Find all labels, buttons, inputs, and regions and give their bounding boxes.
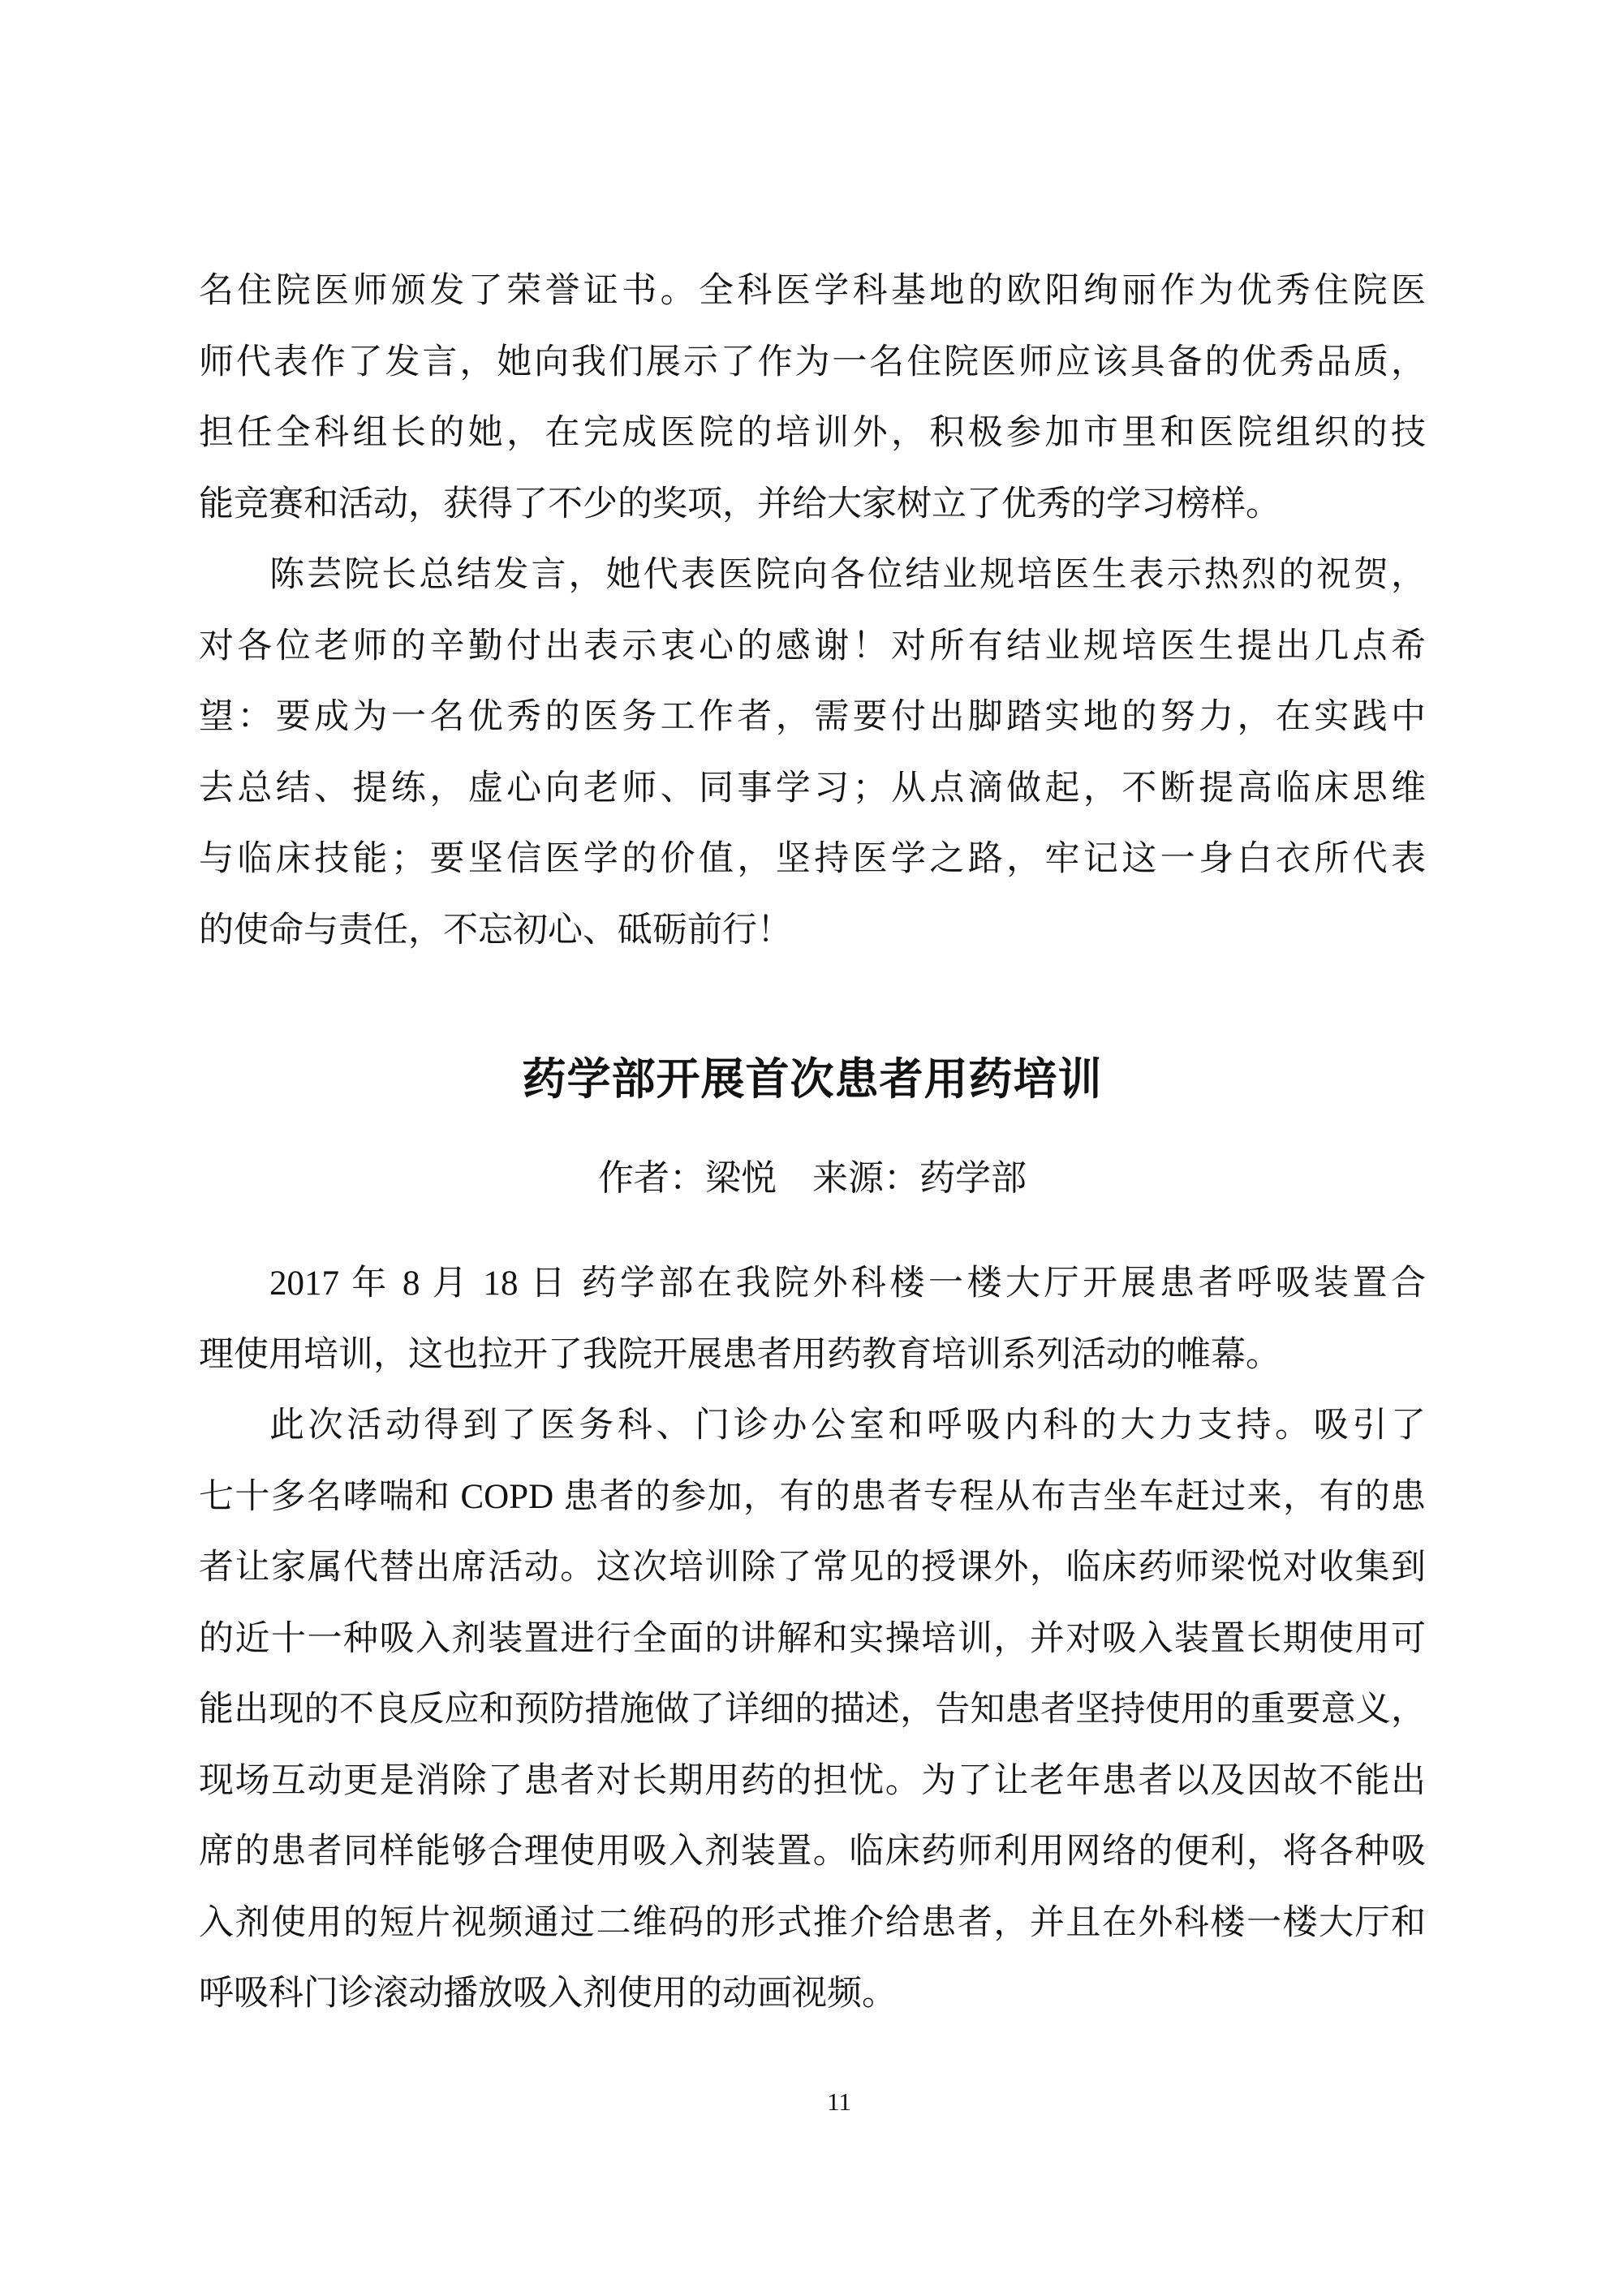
article-byline: 作者：梁悦 来源：药学部 (199, 1143, 1426, 1214)
paragraph-president-speech: 陈芸院长总结发言，她代表医院向各位结业规培医生表示热烈的祝贺， 对各位老师的辛勤… (199, 540, 1426, 966)
body-line: 与临床技能；要坚信医学的价值，坚持医学之路，牢记这一身白衣所代表 (199, 824, 1426, 895)
paragraph-training-details: 此次活动得到了医务科、门诊办公室和呼吸内科的大力支持。吸引了 七十多名哮喘和 C… (199, 1390, 1426, 2030)
paragraph-training-launch: 2017 年 8 月 18 日 药学部在我院外科楼一楼大厅开展患者呼吸装置合 理… (199, 1248, 1426, 1390)
body-line: 的近十一种吸入剂装置进行全面的讲解和实操培训，并对吸入装置长期使用可 (199, 1604, 1426, 1675)
body-line: 能竞赛和活动，获得了不少的奖项，并给大家树立了优秀的学习榜样。 (199, 469, 1426, 541)
body-line: 七十多名哮喘和 COPD 患者的参加，有的患者专程从布吉坐车赶过来，有的患 (199, 1462, 1426, 1533)
body-line: 者让家属代替出席活动。这次培训除了常见的授课外，临床药师梁悦对收集到 (199, 1532, 1426, 1604)
body-line: 望：要成为一名优秀的医务工作者，需要付出脚踏实地的努力，在实践中 (199, 682, 1426, 753)
paragraph-resident-ceremony: 名住院医师颁发了荣誉证书。全科医学科基地的欧阳绚丽作为优秀住院医 师代表作了发言… (199, 256, 1426, 540)
page-body: 名住院医师颁发了荣誉证书。全科医学科基地的欧阳绚丽作为优秀住院医 师代表作了发言… (199, 256, 1426, 2030)
body-line: 入剂使用的短片视频通过二维码的形式推介给患者，并且在外科楼一楼大厅和 (199, 1888, 1426, 1959)
body-line: 此次活动得到了医务科、门诊办公室和呼吸内科的大力支持。吸引了 (199, 1390, 1426, 1462)
body-line: 对各位老师的辛勤付出表示衷心的感谢！对所有结业规培医生提出几点希 (199, 611, 1426, 683)
body-line: 担任全科组长的她，在完成医院的培训外，积极参加市里和医院组织的技 (199, 398, 1426, 469)
body-line: 呼吸科门诊滚动播放吸入剂使用的动画视频。 (199, 1958, 1426, 2030)
body-line: 理使用培训，这也拉开了我院开展患者用药教育培训系列活动的帷幕。 (199, 1320, 1426, 1391)
body-line: 陈芸院长总结发言，她代表医院向各位结业规培医生表示热烈的祝贺， (199, 540, 1426, 611)
body-line: 能出现的不良反应和预防措施做了详细的描述，告知患者坚持使用的重要意义， (199, 1674, 1426, 1746)
body-line: 的使命与责任，不忘初心、砥砺前行！ (199, 895, 1426, 967)
body-line: 席的患者同样能够合理使用吸入剂装置。临床药师利用网络的便利，将各种吸 (199, 1816, 1426, 1888)
body-line: 现场互动更是消除了患者对长期用药的担忧。为了让老年患者以及因故不能出 (199, 1746, 1426, 1817)
document-page: 名住院医师颁发了荣誉证书。全科医学科基地的欧阳绚丽作为优秀住院医 师代表作了发言… (0, 0, 1623, 2296)
article-title: 药学部开展首次患者用药培训 (199, 1045, 1426, 1116)
body-line: 2017 年 8 月 18 日 药学部在我院外科楼一楼大厅开展患者呼吸装置合 (199, 1248, 1426, 1320)
body-line: 师代表作了发言，她向我们展示了作为一名住院医师应该具备的优秀品质， (199, 327, 1426, 398)
body-line: 去总结、提练，虚心向老师、同事学习；从点滴做起，不断提高临床思维 (199, 753, 1426, 825)
body-line: 名住院医师颁发了荣誉证书。全科医学科基地的欧阳绚丽作为优秀住院医 (199, 256, 1426, 327)
page-number: 11 (0, 2086, 1623, 2118)
